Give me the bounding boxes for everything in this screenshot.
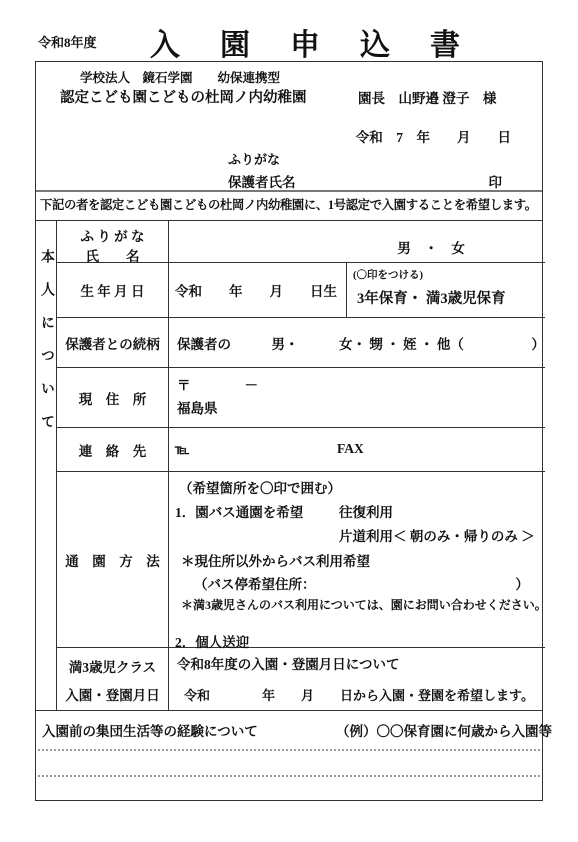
commute-circle-instruction: （希望箇所を〇印で囲む） bbox=[179, 477, 341, 497]
form-title: 入 園 申 込 書 bbox=[150, 20, 465, 64]
bus-commute-option: 1．園バス通園を希望 bbox=[175, 501, 303, 521]
class3-label-line1: 満3歳児クラス bbox=[69, 656, 156, 676]
experience-section: 入園前の集団生活等の経験について （例）〇〇保育園に何歳から入園等 bbox=[36, 711, 542, 800]
bus-stop-blank: （バス停希望住所： bbox=[194, 573, 316, 593]
birthdate-blank: 令和 年 月 日生 bbox=[169, 263, 347, 317]
addressee-section: 学校法人 鏡石学園 幼保連携型 認定こども園こどもの杜岡ノ内幼稚園 園長 山野邉… bbox=[36, 62, 542, 192]
guardian-furigana-label: ふりがな bbox=[228, 149, 280, 168]
relation-options: 保護者の 男・ 女・ 甥 ・ 姪 ・ 他（ ） bbox=[177, 333, 545, 353]
class3-heading: 令和8年度の入園・登園月日について bbox=[177, 653, 399, 673]
relation-label: 保護者との続柄 bbox=[65, 333, 160, 353]
guardian-name-label: 保護者氏名 bbox=[228, 171, 296, 191]
course-select-cell: (〇印をつける) 3年保育・ 満3歳児保育 bbox=[347, 263, 545, 317]
application-date-blank: 令和 7 年 月 日 bbox=[356, 126, 511, 146]
class3-row: 満3歳児クラス 入園・登園月日 令和8年度の入園・登園月日について 令和 年 月… bbox=[57, 648, 545, 710]
child-info-table: 本人について ふ り が な 氏 名 男 ・ 女 生 年 月 日 bbox=[36, 221, 542, 711]
name-furigana-label: ふ り が な bbox=[80, 225, 144, 245]
tel-label: ℡ bbox=[175, 442, 190, 458]
gender-options: 男 ・ 女 bbox=[397, 237, 465, 257]
side-label-cell: 本人について bbox=[36, 221, 57, 710]
age3-bus-note: ＊満3歳児さんのバス利用については、園にお問い合わせください。 bbox=[181, 596, 547, 613]
school-corporation: 学校法人 鏡石学園 幼保連携型 bbox=[80, 68, 280, 86]
experience-example: （例）〇〇保育園に何歳から入園等 bbox=[336, 720, 552, 740]
enrollment-application-form: 令和8年度 入 園 申 込 書 学校法人 鏡石学園 幼保連携型 認定こども園こど… bbox=[0, 0, 578, 842]
fax-label: FAX bbox=[337, 441, 364, 457]
contact-label: 連 絡 先 bbox=[79, 440, 147, 460]
fiscal-year-label: 令和8年度 bbox=[38, 32, 97, 51]
bus-stop-close-paren: ） bbox=[515, 573, 529, 593]
director-addressee: 園長 山野邉 澄子 様 bbox=[358, 87, 496, 107]
bus-from-other-address: ＊現住所以外からバス利用希望 bbox=[181, 550, 370, 570]
experience-heading: 入園前の集団生活等の経験について bbox=[42, 720, 258, 740]
application-statement: 下記の者を認定こども園こどもの杜岡ノ内幼稚園に、1号認定で入園することを希望しま… bbox=[36, 192, 542, 221]
postal-code-blank: 〒 － bbox=[177, 374, 258, 394]
name-label: 氏 名 bbox=[86, 245, 140, 265]
birthdate-label: 生 年 月 日 bbox=[80, 280, 144, 300]
relation-row: 保護者との続柄 保護者の 男・ 女・ 甥 ・ 姪 ・ 他（ ） bbox=[57, 318, 545, 368]
class3-date-blank: 令和 年 月 日から入園・登園を希望します。 bbox=[184, 685, 534, 704]
answer-dotted-line-1 bbox=[38, 749, 540, 751]
course-options: 3年保育・ 満3歳児保育 bbox=[357, 287, 506, 308]
commute-row: 通 園 方 法 （希望箇所を〇印で囲む） 1．園バス通園を希望 往復利用 片道利… bbox=[57, 472, 545, 648]
school-name: 認定こども園こどもの杜岡ノ内幼稚園 bbox=[60, 86, 307, 107]
side-label-about-child: 本人について bbox=[36, 249, 56, 710]
address-label: 現 住 所 bbox=[79, 388, 147, 408]
prefecture-text: 福島県 bbox=[177, 397, 218, 417]
contact-row: 連 絡 先 ℡ FAX bbox=[57, 428, 545, 472]
address-row: 現 住 所 〒 － 福島県 bbox=[57, 368, 545, 428]
commute-label: 通 園 方 法 bbox=[65, 550, 160, 570]
oneway-option: 片道利用＜ 朝のみ・帰りのみ ＞ bbox=[339, 525, 535, 545]
form-body: 学校法人 鏡石学園 幼保連携型 認定こども園こどもの杜岡ノ内幼稚園 園長 山野邉… bbox=[35, 61, 543, 801]
roundtrip-option: 往復利用 bbox=[339, 501, 393, 521]
seal-mark: 印 bbox=[489, 171, 503, 191]
birthdate-row: 生 年 月 日 令和 年 月 日生 (〇印をつける) 3年保育・ 満3歳児保育 bbox=[57, 263, 545, 318]
answer-dotted-line-2 bbox=[38, 775, 540, 777]
name-row: ふ り が な 氏 名 男 ・ 女 bbox=[57, 221, 545, 263]
circle-instruction: (〇印をつける) bbox=[353, 267, 423, 282]
class3-label-line2: 入園・登園月日 bbox=[65, 684, 160, 704]
